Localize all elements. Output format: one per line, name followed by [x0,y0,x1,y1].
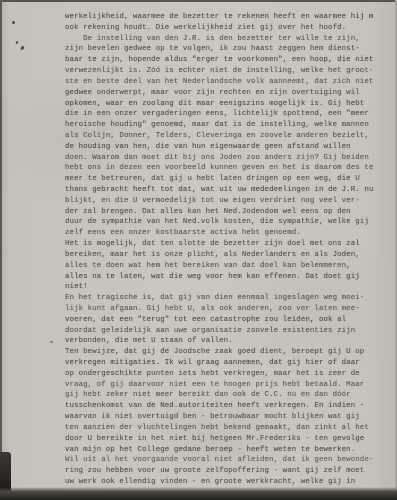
scan-edge-bottom [0,487,397,500]
text-line: zijn bevelen gedwee op te volgen, ik zou… [65,44,395,55]
text-line: vraag, of gij daarvoor niet een te hooge… [65,380,395,391]
text-line: alles na te laten, wat die weg voor hem … [65,272,395,283]
text-line: thans gebracht heeft tot dat, wat uit uw… [65,185,395,196]
text-line: ste en beste deel van het Nederlandsche … [65,77,395,88]
text-line: zelf eens een onzer kostbaarste activa h… [65,228,395,239]
text-line: doen. Waarom dan moet dit bij ons Joden … [65,153,395,164]
ink-speck [15,41,18,45]
text-line: Wil uit al het voorgaande vooral niet af… [65,455,395,466]
text-line: En het tragische is, dat gij van dien ee… [65,293,395,304]
text-line: gij hebt zeker niet meer bereikt dan ook… [65,390,395,401]
scan-edge-left [0,0,2,500]
ink-speck [20,46,25,51]
text-line: door U bereikte in het niet bij hetgeen … [65,434,395,445]
text-line: De instelling van den J.R. is den bezett… [65,34,395,45]
text-line: heroische houding" genoemd, maar dat is … [65,120,395,131]
text-line: ring zou hebben voor uw groote zelfopoff… [65,466,395,477]
text-line: gedwee onderwerpt, maar voor zijn rechte… [65,88,395,99]
text-line: verkregen mitigaties. Ik wil graag aanne… [65,358,395,369]
text-line: als Colijn, Donner, Telders, Cleveringa … [65,131,395,142]
text-line: Ten bewijze, dat gij de Joodsche zaak go… [65,347,395,358]
text-line: de houding van hen, die van hun eigenwaa… [65,142,395,153]
text-line: der zal brengen. Dat alles kan het Ned.J… [65,207,395,218]
text-line: lijk kunt afgaan. Gij hebt U, als ook an… [65,304,395,315]
text-line: van mijn op het College gedane beroep - … [65,445,395,456]
scanned-letter-page: werkelijkheid, waarmee de bezetter te re… [0,0,397,500]
ink-speck [12,21,15,24]
text-line: voeren, dat een "terug" tot een catastro… [65,315,395,326]
text-line: ook rekening houdt. Die werkelijkheid zi… [65,23,395,34]
text-line: bereiken, maar het is onze plicht, als N… [65,250,395,261]
text-line: doordat geleidelijk aan uwe organisatie … [65,326,395,337]
text-line: ten aanzien der vluchtelingen hebt beken… [65,423,395,434]
text-line: Het is mogelijk, dat ten slotte de bezet… [65,239,395,250]
text-line: tusschenkomst van de Ned.autoriteiten he… [65,401,395,412]
text-line: blijkt, en die U vermoedelijk tot uw eig… [65,196,395,207]
text-line: verbonden, die met U staan of vallen. [65,336,395,347]
text-line: op ondergeschikte punten iets hebt verkr… [65,369,395,380]
text-line: alles te doen wat hem het bereiken van d… [65,261,395,272]
text-line: die in een onzer vergaderingen eens, lic… [65,109,395,120]
text-line: duur de sympathie van het Ned.volk koste… [65,217,395,228]
text-line: opkomen, waar en zoolang dit maar eenigs… [65,99,395,110]
text-line: niet! [65,282,395,293]
margin-mark [50,341,53,343]
letter-text-block: werkelijkheid, waarmee de bezetter te re… [65,12,395,488]
text-line: hebt ons in dezen een voorbeeld kunnen g… [65,163,395,174]
text-line: waarvan ik niet overtuigd ben - betrouwb… [65,412,395,423]
text-line: baar te zijn, hopende aldus "erger te vo… [65,55,395,66]
text-line: verwezenlijkt is. Zóó is echter niet de … [65,66,395,77]
text-line: werkelijkheid, waarmee de bezetter te re… [65,12,395,23]
scan-edge-top [0,0,397,2]
text-line: meer te betreuren, dat gij u hebt laten … [65,174,395,185]
